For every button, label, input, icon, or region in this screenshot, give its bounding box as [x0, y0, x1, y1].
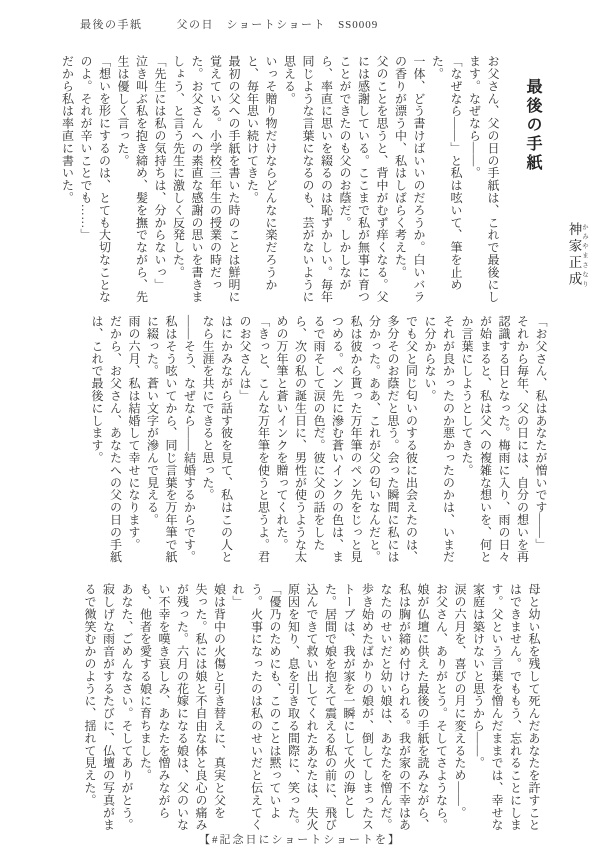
paragraph: 「先生には私の気持ちは、分からないっ」 [151, 55, 170, 305]
paragraph: 私は彼から貰った万年筆のペン先をじっと見つめる。ペン先に滲む蒼いインクの色は、ま… [273, 315, 366, 565]
paragraph: 母と幼い私を残して死んだあなたを許すことはできません。でももう、忘れることにしま… [469, 583, 543, 831]
paragraph: 「なぜなら――」と私は呟いて、筆を止めた。 [428, 55, 465, 305]
paragraph: お父さん、ありがとう。そしてさようなら。 [432, 583, 451, 831]
paragraph: 歩き始めたばかりの娘が、倒してしまったストーブは、我が家を一瞬にして火の海とした… [284, 583, 377, 831]
author-furigana: かみやまさなり [581, 222, 588, 288]
paragraph: 「お父さん、私はあなたが憎いです――」 [532, 315, 551, 565]
story-section-opening: お父さん、父の日の手紙は、これで最後にします。なぜなら――。「なぜなら――」と私… [58, 55, 502, 305]
paragraph: あなた、ごめんなさい。そしてありがとう。 [118, 583, 137, 831]
paragraph: ――そう、なぜなら――結婚するからです。 [180, 315, 199, 565]
page-header: 最後の手紙父の日 ショートショートSS0009 [80, 16, 378, 32]
paragraph: だから、お父さん、あなたへの父の日の手紙は、これで最後にします。 [88, 315, 125, 565]
author-name-text: 神家正成 [567, 222, 582, 288]
paragraph: それから毎年、父の日には、自分の想いを再認識する日となった。梅雨に入り、雨の日々… [458, 315, 532, 565]
author-name: 神家正成かみやまさなり [567, 222, 582, 288]
paragraph: 泣き叫ぶ私を抱き締め、髪を撫でながら、先生は優しく言った。 [114, 55, 151, 305]
paragraph: お父さん、父の日の手紙は、これで最後にします。なぜなら――。 [465, 55, 502, 305]
story-title: 最後の手紙 [521, 78, 544, 173]
paragraph: 娘が仏壇に供えた最後の手紙を読みながら、私は胸が締め付けられる。我が家の不幸はあ… [377, 583, 433, 831]
paragraph: 寂しげな雨音がするたびに、仏壇の写真がまるで微笑むかのように、揺れて見えた。 [81, 583, 118, 831]
author-block: 神家正成かみやまさなり [564, 222, 589, 288]
header-series-label: 父の日 ショートショート [177, 19, 327, 31]
paragraph: はにかみながら話す彼を見て、私はこの人となら生涯を共にできると思った。 [199, 315, 236, 565]
paragraph: 「優乃のためにも、このことは黙っていよう。火事になったのは私のせいだと伝えてくれ… [229, 583, 285, 831]
paragraph: 「想いを形にするのは、とても大切なことなのよ。それが辛いことでも……」 [77, 55, 114, 305]
story-section-ending: 母と幼い私を残して死んだあなたを許すことはできません。でももう、忘れることにしま… [81, 583, 544, 831]
paragraph: 雨の六月、私は結婚して幸せになります。 [125, 315, 144, 565]
header-story-title: 最後の手紙 [80, 19, 143, 31]
paragraph: でも父と同じ匂いのする彼に出会えたのは、多分そのお蔭だと思う。会った瞬間に私には… [365, 315, 421, 565]
header-code: SS0009 [338, 19, 378, 31]
paragraph: 娘は背中の火傷と引き替えに、真実と父を失った。私には娘と不自由な体と良心の痛みが… [136, 583, 229, 831]
paragraph: 最初の父への手紙を書いた時のことは鮮明に覚えている。小学校三年生の授業の時だった… [169, 55, 243, 305]
paragraph: 涙の六月を、喜びの月に変えるため――。 [451, 583, 470, 831]
paragraph: 「きっと、こんな万年筆を使うと思うよ。君のお父さんは」 [236, 315, 273, 565]
footer-hashtag: 【#記念日にショートショートを】 [0, 831, 600, 847]
paragraph: 父のことを思うと、背中がむず痒くなる。父には感謝している。ここまで私が無事に育つ… [280, 55, 391, 305]
paragraph: いっそ贈り物だけならどんなに楽だろうかと、毎年思い続けてきた。 [243, 55, 280, 305]
story-section-middle: 「お父さん、私はあなたが憎いです――」それから毎年、父の日には、自分の想いを再認… [88, 315, 551, 565]
paragraph: 私はそう呟いてから、同じ言葉を万年筆で紙に綴った。蒼い文字が滲んで見える。 [143, 315, 180, 565]
paragraph: だから私は率直に書いた。 [58, 55, 77, 305]
paragraph: 一体、どう書けばいいのだろうか。白いバラの香りが漂う中、私はしばらく考えた。 [391, 55, 428, 305]
paragraph: それが良かったのか悪かったのかは、いまだに分からない。 [421, 315, 458, 565]
